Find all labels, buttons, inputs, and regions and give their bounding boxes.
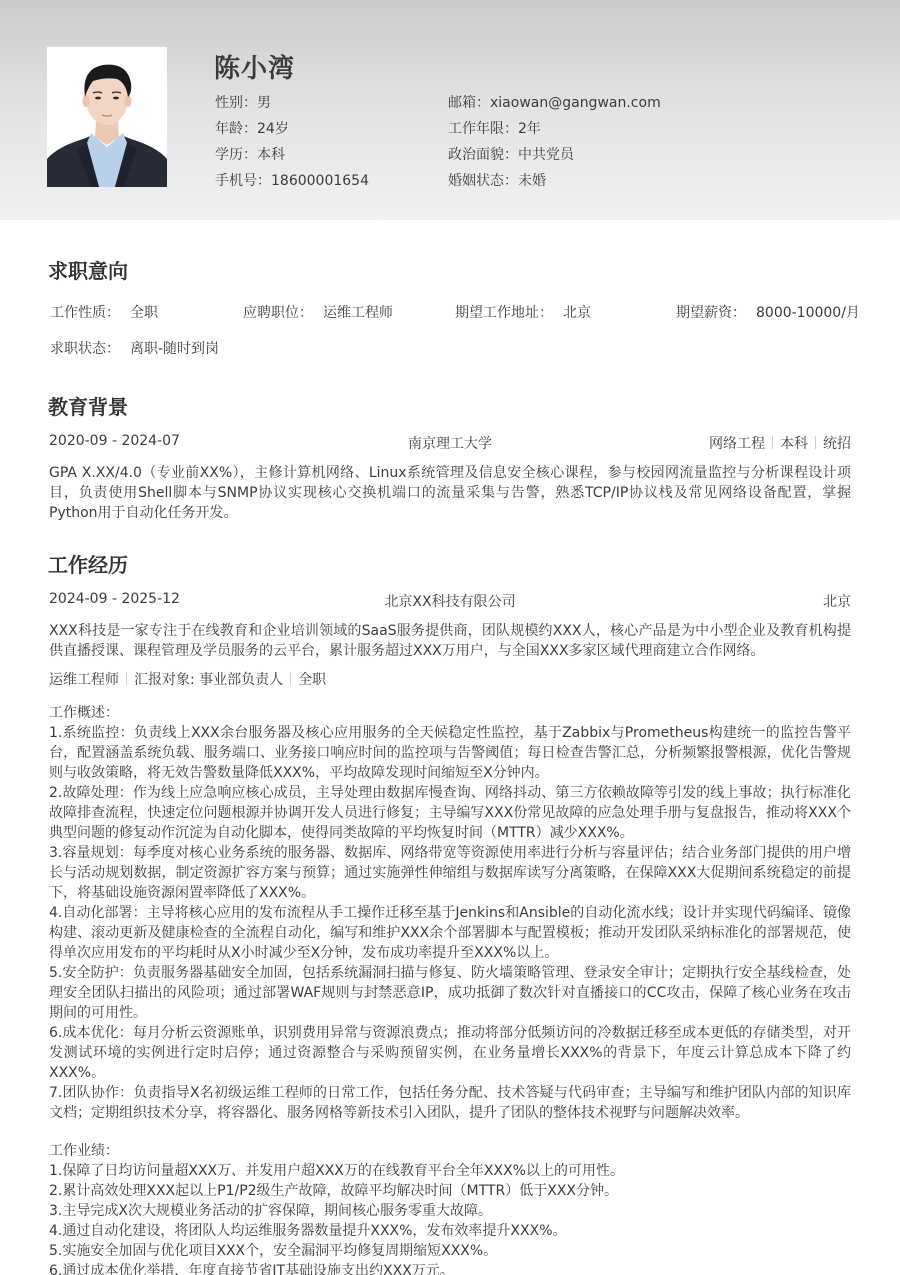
intent-label: 工作性质： bbox=[50, 305, 120, 321]
work-entry-header: 2024-09 - 2025-12 北京XX科技有限公司 北京 bbox=[49, 591, 851, 611]
intent-value: 运维工程师 bbox=[323, 305, 393, 321]
intent-work-type: 工作性质：全职 bbox=[50, 302, 158, 322]
work-company: 北京XX科技有限公司 bbox=[49, 591, 851, 611]
achievement-item: 3.主导完成X次大规模业务活动的扩容保障，期间核心服务零重大故障。 bbox=[49, 1201, 851, 1221]
info-value: 男 bbox=[257, 95, 271, 111]
education-major: 网络工程 bbox=[709, 436, 765, 452]
intent-position: 应聘职位：运维工程师 bbox=[243, 302, 393, 322]
section-title-education: 教育背景 bbox=[48, 391, 128, 420]
info-value: xiaowan@gangwan.com bbox=[490, 95, 661, 111]
candidate-name: 陈小湾 bbox=[214, 48, 295, 85]
intent-value: 8000-10000/月 bbox=[756, 305, 860, 321]
education-degree: 本科 bbox=[780, 436, 808, 452]
info-label: 学历： bbox=[215, 147, 257, 163]
intent-value: 全职 bbox=[130, 305, 158, 321]
info-label: 婚姻状态： bbox=[448, 173, 518, 189]
education-tags: 网络工程本科统招 bbox=[709, 433, 851, 453]
work-overview-title: 工作概述： bbox=[49, 703, 851, 723]
work-role: 运维工程师 bbox=[49, 672, 119, 688]
overview-item-cost: 6.成本优化：每月分析云资源账单，识别费用异常与资源浪费点；推动将部分低频访问的… bbox=[49, 1023, 851, 1083]
overview-item-team: 7.团队协作：负责指导X名初级运维工程师的日常工作，包括任务分配、技术答疑与代码… bbox=[49, 1083, 851, 1123]
info-value: 中共党员 bbox=[518, 147, 574, 163]
info-label: 年龄： bbox=[215, 121, 257, 137]
intent-value: 北京 bbox=[563, 305, 591, 321]
info-value: 2年 bbox=[518, 121, 541, 137]
info-degree: 学历：本科 bbox=[215, 142, 369, 168]
basic-info-left: 性别：男 年龄：24岁 学历：本科 手机号：18600001654 bbox=[215, 90, 369, 194]
info-label: 手机号： bbox=[215, 173, 271, 189]
info-age: 年龄：24岁 bbox=[215, 116, 369, 142]
intent-salary: 期望薪资：8000-10000/月 bbox=[676, 302, 860, 322]
overview-item-automation: 4.自动化部署：主导将核心应用的发布流程从手工操作迁移至基于Jenkins和An… bbox=[49, 903, 851, 963]
info-value: 18600001654 bbox=[271, 173, 369, 189]
work-achievements-title: 工作业绩： bbox=[49, 1141, 851, 1161]
work-tags: 运维工程师汇报对象: 事业部负责人全职 bbox=[49, 669, 326, 689]
separator bbox=[772, 436, 773, 449]
achievement-item: 5.实施安全加固与优化项目XXX个，安全漏洞平均修复周期缩短XXX%。 bbox=[49, 1241, 851, 1261]
intent-value: 离职-随时到岗 bbox=[130, 341, 219, 357]
person-photo-icon bbox=[47, 47, 167, 187]
overview-item-incident: 2.故障处理：作为线上应急响应核心成员，主导处理由数据库慢查询、网络抖动、第三方… bbox=[49, 783, 851, 843]
basic-info-right: 邮箱：xiaowan@gangwan.com 工作年限：2年 政治面貌：中共党员… bbox=[448, 90, 661, 194]
education-description: GPA X.XX/4.0（专业前XX%），主修计算机网络、Linux系统管理及信… bbox=[49, 463, 851, 523]
overview-item-capacity: 3.容量规划：每季度对核心业务系统的服务器、数据库、网络带宽等资源使用率进行分析… bbox=[49, 843, 851, 903]
intent-label: 求职状态： bbox=[50, 341, 120, 357]
info-phone: 手机号：18600001654 bbox=[215, 168, 369, 194]
section-title-work-experience: 工作经历 bbox=[48, 549, 128, 578]
intent-label: 应聘职位： bbox=[243, 305, 313, 321]
intent-status: 求职状态：离职-随时到岗 bbox=[50, 338, 219, 358]
section-title-job-intent: 求职意向 bbox=[48, 255, 128, 284]
achievement-item: 1.保障了日均访问量超XXX万、并发用户超XXX万的在线教育平台全年XXX%以上… bbox=[49, 1161, 851, 1181]
separator bbox=[290, 672, 291, 685]
info-label: 政治面貌： bbox=[448, 147, 518, 163]
work-overview: 工作概述： 1.系统监控：负责线上XXX余台服务器及核心应用服务的全天候稳定性监… bbox=[49, 703, 851, 1123]
profile-photo bbox=[47, 47, 167, 187]
info-political-status: 政治面貌：中共党员 bbox=[448, 142, 661, 168]
info-gender: 性别：男 bbox=[215, 90, 369, 116]
work-location: 北京 bbox=[823, 591, 851, 611]
info-label: 邮箱： bbox=[448, 95, 490, 111]
work-report-to: 汇报对象: 事业部负责人 bbox=[134, 672, 283, 688]
company-intro: XXX科技是一家专注于在线教育和企业培训领域的SaaS服务提供商，团队规模约XX… bbox=[49, 621, 851, 661]
info-label: 性别： bbox=[215, 95, 257, 111]
work-type: 全职 bbox=[298, 672, 326, 688]
info-value: 本科 bbox=[257, 147, 285, 163]
info-work-years: 工作年限：2年 bbox=[448, 116, 661, 142]
info-value: 未婚 bbox=[518, 173, 546, 189]
overview-item-monitoring: 1.系统监控：负责线上XXX余台服务器及核心应用服务的全天候稳定性监控，基于Za… bbox=[49, 723, 851, 783]
separator bbox=[815, 436, 816, 449]
overview-item-security: 5.安全防护：负责服务器基础安全加固，包括系统漏洞扫描与修复、防火墙策略管理、登… bbox=[49, 963, 851, 1023]
work-achievements: 工作业绩： 1.保障了日均访问量超XXX万、并发用户超XXX万的在线教育平台全年… bbox=[49, 1141, 851, 1275]
info-email: 邮箱：xiaowan@gangwan.com bbox=[448, 90, 661, 116]
education-enrollment: 统招 bbox=[823, 436, 851, 452]
achievement-item: 2.累计高效处理XXX起以上P1/P2级生产故障，故障平均解决时间（MTTR）低… bbox=[49, 1181, 851, 1201]
info-label: 工作年限： bbox=[448, 121, 518, 137]
education-entry-header: 2020-09 - 2024-07 南京理工大学 网络工程本科统招 bbox=[49, 433, 851, 453]
intent-location: 期望工作地址：北京 bbox=[455, 302, 591, 322]
achievement-item: 6.通过成本优化举措，年度直接节省IT基础设施支出约XXX万元。 bbox=[49, 1261, 851, 1275]
resume-header: 陈小湾 性别：男 年龄：24岁 学历：本科 手机号：18600001654 邮箱… bbox=[0, 0, 900, 220]
achievement-item: 4.通过自动化建设，将团队人均运维服务器数量提升XXX%，发布效率提升XXX%。 bbox=[49, 1221, 851, 1241]
info-marital-status: 婚姻状态：未婚 bbox=[448, 168, 661, 194]
intent-label: 期望工作地址： bbox=[455, 305, 553, 321]
separator bbox=[126, 672, 127, 685]
intent-label: 期望薪资： bbox=[676, 305, 746, 321]
info-value: 24岁 bbox=[257, 121, 289, 137]
